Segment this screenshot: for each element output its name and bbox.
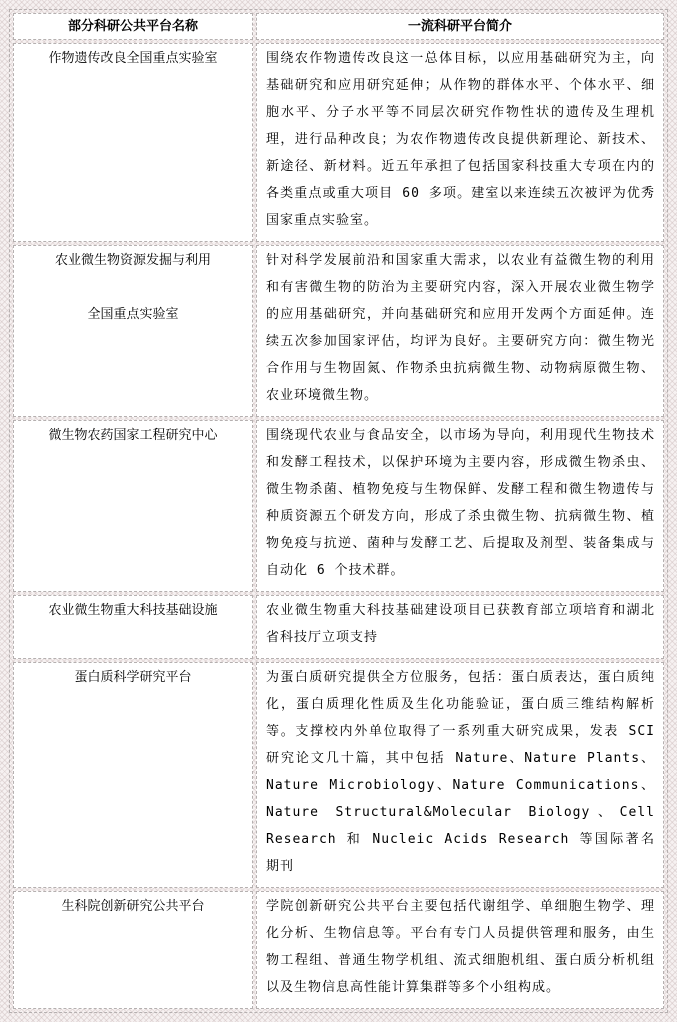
- header-platform-desc: 一流科研平台简介: [256, 13, 664, 40]
- table-row: 农业微生物重大科技基础设施 农业微生物重大科技基础建设项目已获教育部立项培育和湖…: [13, 595, 664, 659]
- header-platform-name: 部分科研公共平台名称: [13, 13, 253, 40]
- platform-desc-cell: 为蛋白质研究提供全方位服务，包括：蛋白质表达，蛋白质纯化，蛋白质理化性质及生化功…: [256, 662, 664, 888]
- table-row: 生科院创新研究公共平台 学院创新研究公共平台主要包括代谢组学、单细胞生物学、理化…: [13, 891, 664, 1009]
- platform-desc-cell: 农业微生物重大科技基础建设项目已获教育部立项培育和湖北省科技厅立项支持: [256, 595, 664, 659]
- platform-name-cell: 作物遗传改良全国重点实验室: [13, 43, 253, 242]
- table-header-row: 部分科研公共平台名称 一流科研平台简介: [13, 13, 664, 40]
- research-platform-table: 部分科研公共平台名称 一流科研平台简介 作物遗传改良全国重点实验室 围绕农作物遗…: [9, 9, 668, 1013]
- platform-name: 农业微生物重大科技基础设施: [20, 597, 246, 624]
- platform-desc-cell: 针对科学发展前沿和国家重大需求，以农业有益微生物的利用和有害微生物的防治为主要研…: [256, 245, 664, 417]
- platform-name-cell: 蛋白质科学研究平台: [13, 662, 253, 888]
- platform-desc-cell: 围绕现代农业与食品安全，以市场为导向，利用现代生物技术和发酵工程技术，以保护环境…: [256, 420, 664, 592]
- platform-desc-cell: 围绕农作物遗传改良这一总体目标，以应用基础研究为主，向基础研究和应用研究延伸；从…: [256, 43, 664, 242]
- platform-name-cell: 农业微生物资源发掘与利用 全国重点实验室: [13, 245, 253, 417]
- platform-name: 生科院创新研究公共平台: [20, 893, 246, 920]
- platform-name-cell: 农业微生物重大科技基础设施: [13, 595, 253, 659]
- platform-name: 作物遗传改良全国重点实验室: [20, 45, 246, 72]
- platform-name: 农业微生物资源发掘与利用: [20, 247, 246, 274]
- table-row: 农业微生物资源发掘与利用 全国重点实验室 针对科学发展前沿和国家重大需求，以农业…: [13, 245, 664, 417]
- platform-name-cell: 生科院创新研究公共平台: [13, 891, 253, 1009]
- table-row: 作物遗传改良全国重点实验室 围绕农作物遗传改良这一总体目标，以应用基础研究为主，…: [13, 43, 664, 242]
- platform-name: 微生物农药国家工程研究中心: [20, 422, 246, 449]
- platform-name-line2: 全国重点实验室: [20, 301, 246, 328]
- platform-name: 蛋白质科学研究平台: [20, 664, 246, 691]
- table-row: 蛋白质科学研究平台 为蛋白质研究提供全方位服务，包括：蛋白质表达，蛋白质纯化，蛋…: [13, 662, 664, 888]
- table-row: 微生物农药国家工程研究中心 围绕现代农业与食品安全，以市场为导向，利用现代生物技…: [13, 420, 664, 592]
- platform-desc-cell: 学院创新研究公共平台主要包括代谢组学、单细胞生物学、理化分析、生物信息等。平台有…: [256, 891, 664, 1009]
- platform-name-cell: 微生物农药国家工程研究中心: [13, 420, 253, 592]
